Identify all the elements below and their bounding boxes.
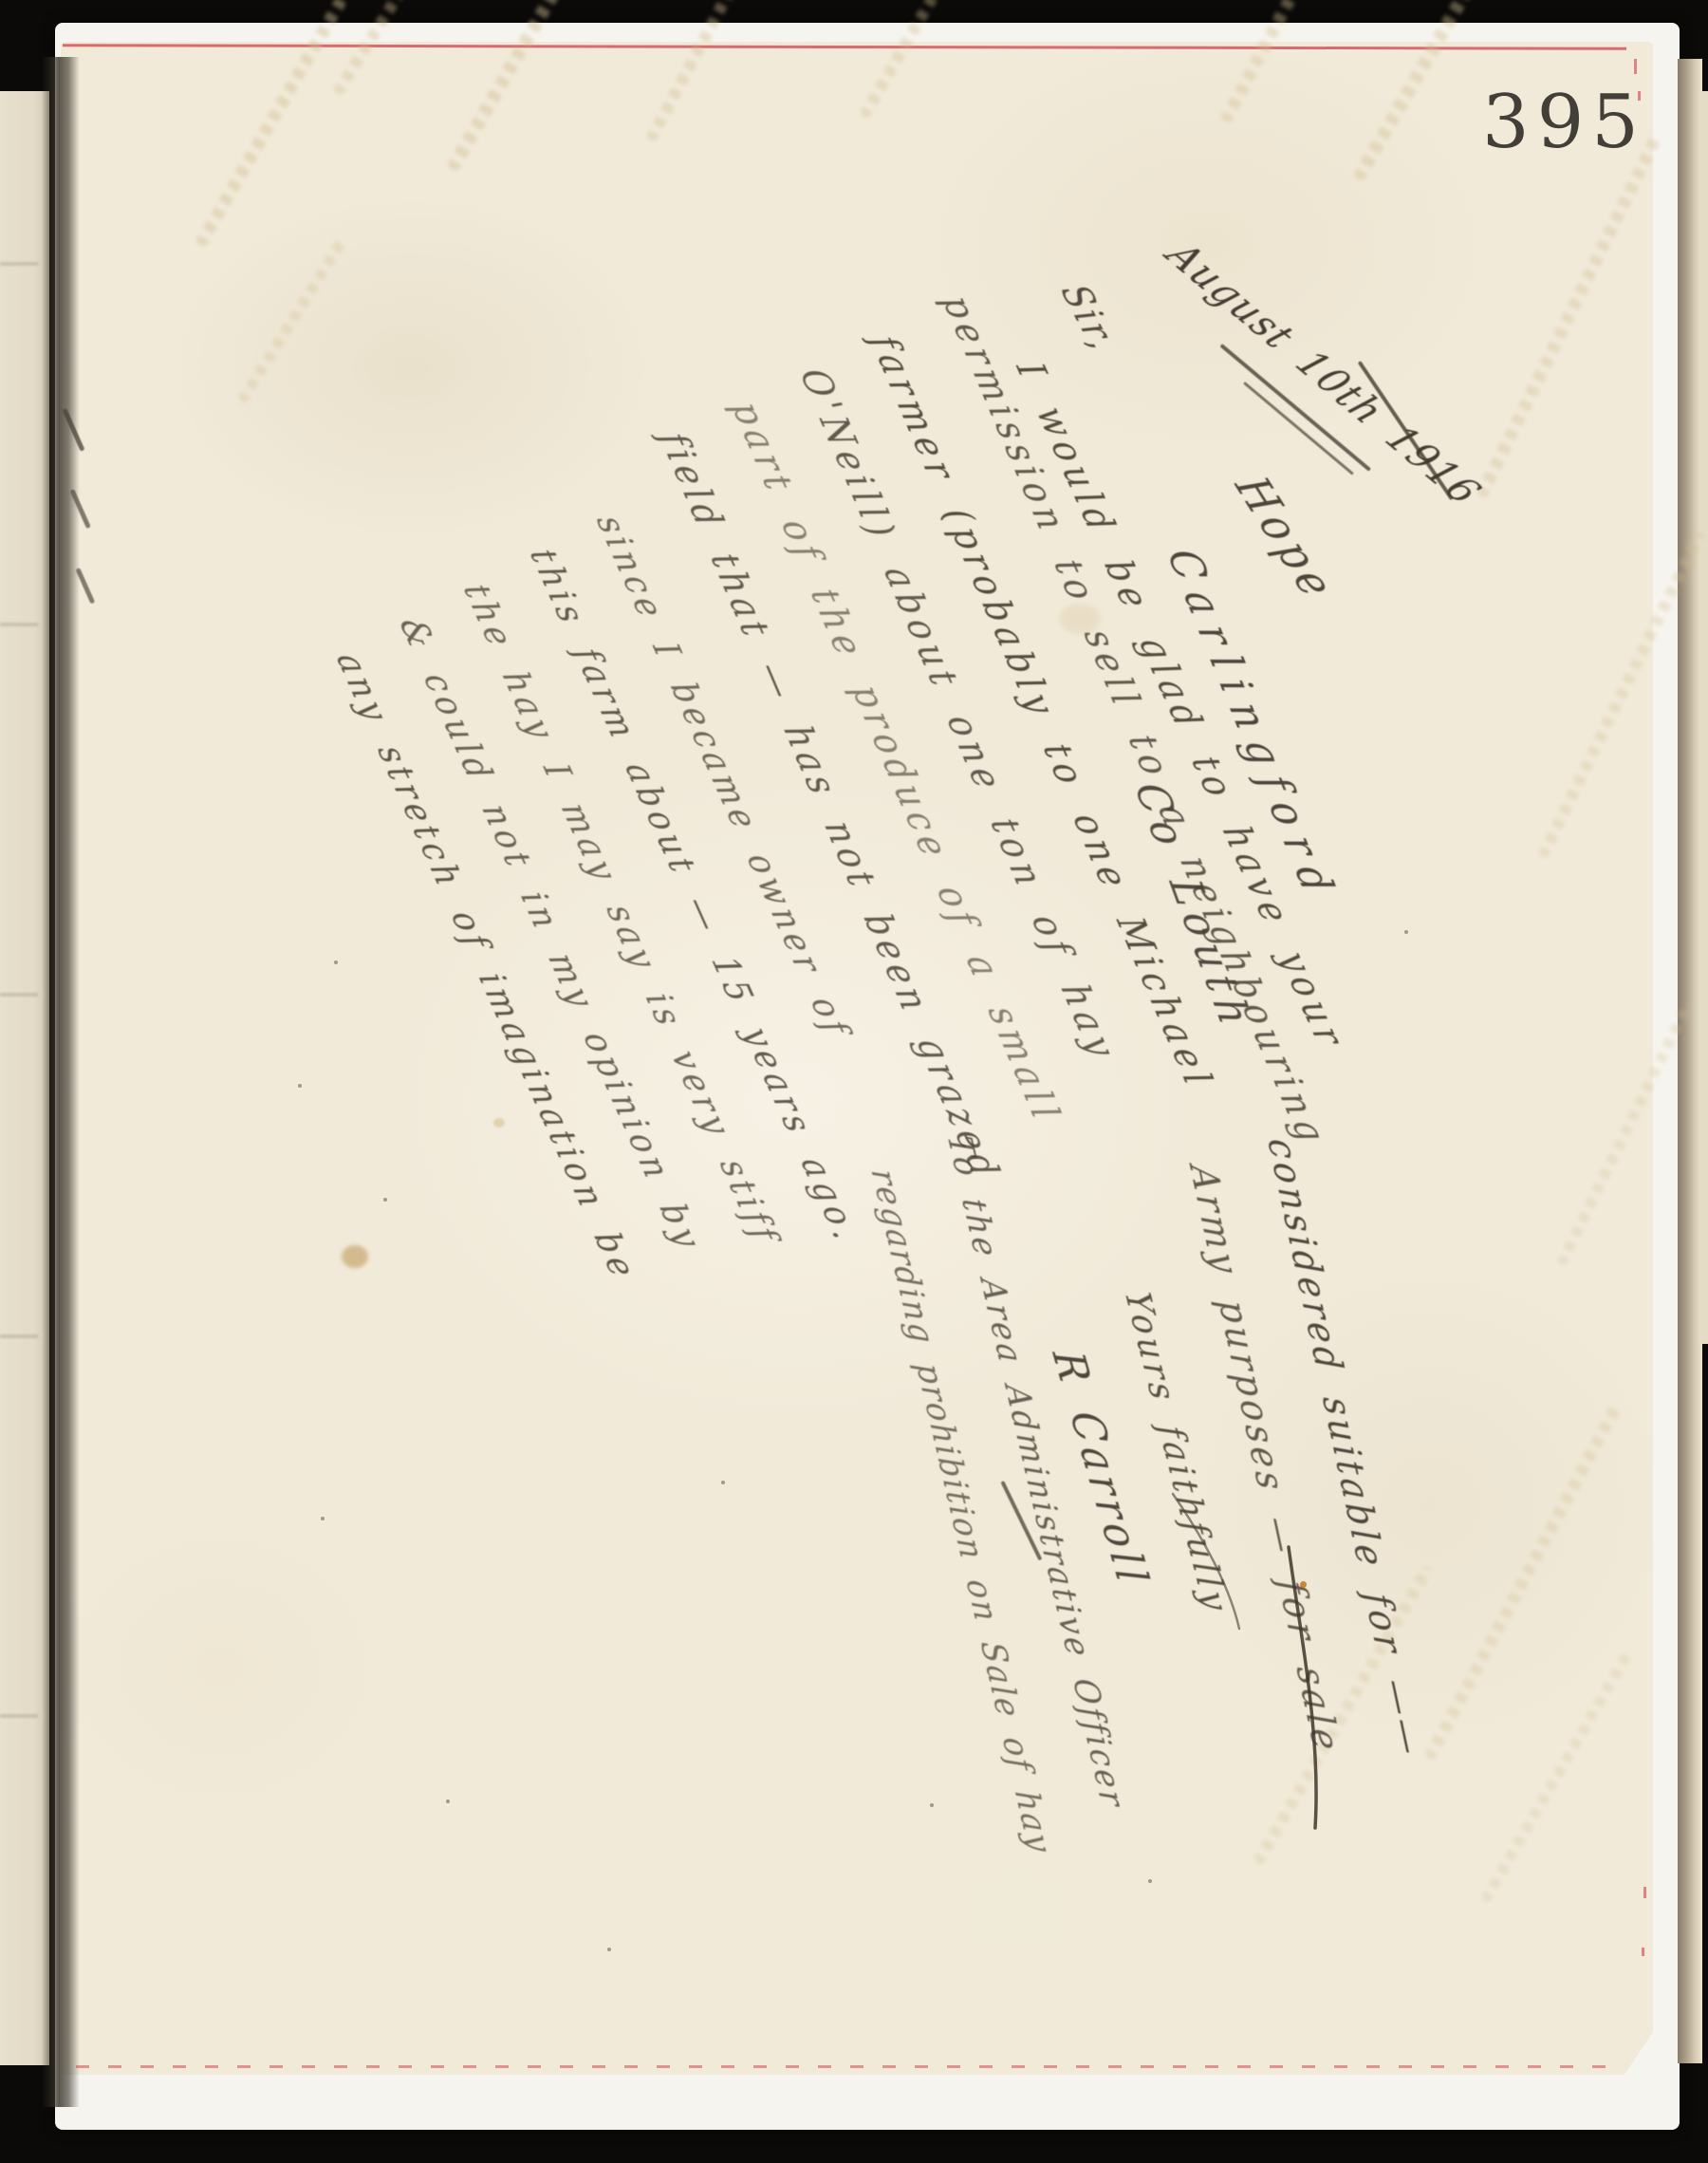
paper-speck — [1404, 930, 1408, 934]
paper-speck — [446, 1799, 450, 1803]
facing-page-trace — [0, 1714, 38, 1718]
paper-speck — [298, 1084, 302, 1088]
paper-speck — [321, 1517, 325, 1520]
paper-speck — [721, 1481, 725, 1484]
paper-speck — [930, 1803, 934, 1807]
facing-page-trace — [0, 993, 38, 997]
red-edge-dash — [1634, 59, 1637, 74]
page-number: 395 — [1482, 80, 1646, 165]
red-margin-line-bottom — [76, 2065, 1618, 2068]
gutter-shadow — [42, 57, 80, 2107]
paper-stain — [493, 1118, 505, 1128]
red-edge-dash — [1642, 1948, 1644, 1956]
facing-page-trace — [0, 1334, 38, 1338]
paper-speck — [607, 1948, 611, 1951]
paper-stain — [1059, 604, 1101, 634]
book-scan: 395 August 10th 1916HopeCarlingfordCo Lo… — [0, 0, 1708, 2163]
letter-page — [61, 42, 1653, 2075]
paper-stain — [342, 1245, 368, 1268]
facing-page-trace — [0, 623, 38, 626]
paper-speck — [383, 1198, 387, 1202]
paper-stain — [1300, 1581, 1307, 1588]
fore-edge-next-page — [1699, 91, 1708, 1344]
paper-speck — [334, 960, 338, 964]
paper-speck — [1148, 1879, 1152, 1883]
facing-page-trace — [0, 262, 38, 266]
red-edge-dash — [1643, 1887, 1646, 1898]
